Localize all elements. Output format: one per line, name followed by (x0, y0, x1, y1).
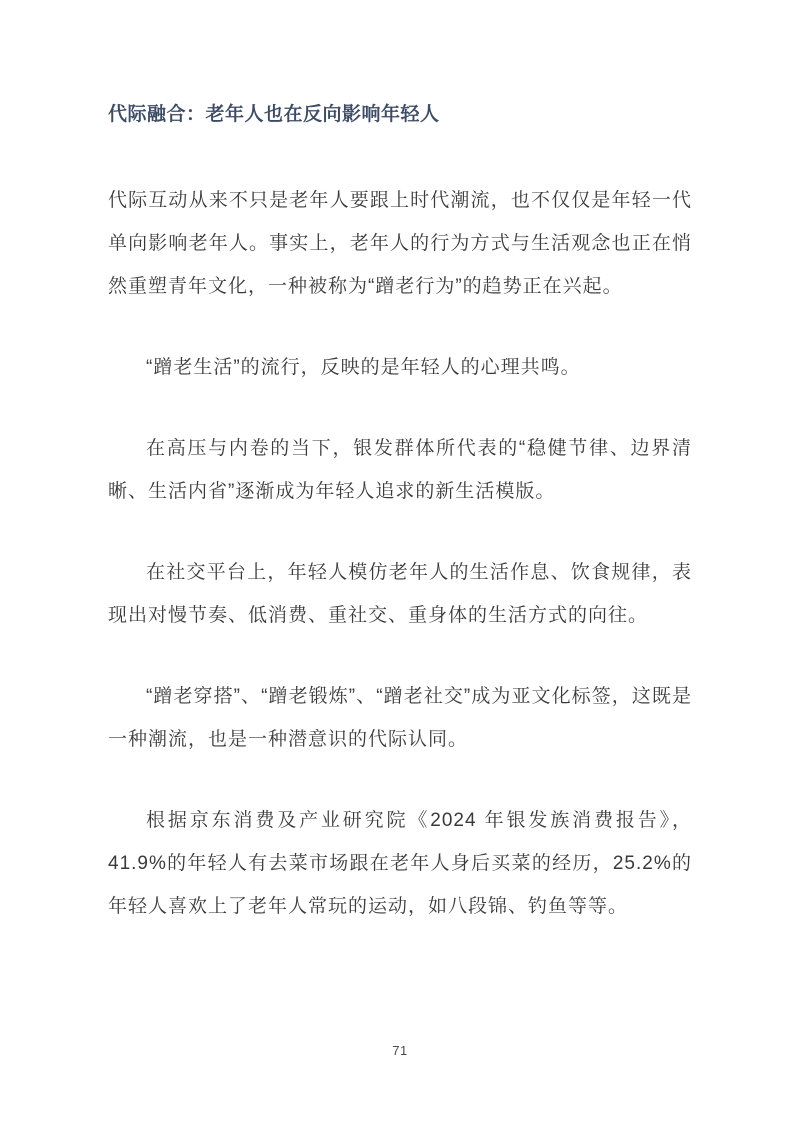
paragraph-6: 根据京东消费及产业研究院《2024 年银发族消费报告》，41.9%的年轻人有去菜… (108, 799, 692, 928)
document-content: 代际融合：老年人也在反向影响年轻人 代际互动从来不只是老年人要跟上时代潮流，也不… (108, 103, 692, 966)
page-number: 71 (0, 1043, 800, 1058)
paragraph-2: “蹭老生活”的流行，反映的是年轻人的心理共鸣。 (108, 346, 692, 389)
paragraph-4: 在社交平台上，年轻人模仿老年人的生活作息、饮食规律，表现出对慢节奏、低消费、重社… (108, 551, 692, 637)
section-heading: 代际融合：老年人也在反向影响年轻人 (108, 103, 692, 127)
document-page: 代际融合：老年人也在反向影响年轻人 代际互动从来不只是老年人要跟上时代潮流，也不… (0, 0, 800, 1131)
paragraph-3: 在高压与内卷的当下，银发群体所代表的“稳健节律、边界清晰、生活内省”逐渐成为年轻… (108, 427, 692, 513)
paragraph-5: “蹭老穿搭”、“蹭老锻炼”、“蹭老社交”成为亚文化标签，这既是一种潮流，也是一种… (108, 675, 692, 761)
paragraph-1: 代际互动从来不只是老年人要跟上时代潮流，也不仅仅是年轻一代单向影响老年人。事实上… (108, 179, 692, 308)
